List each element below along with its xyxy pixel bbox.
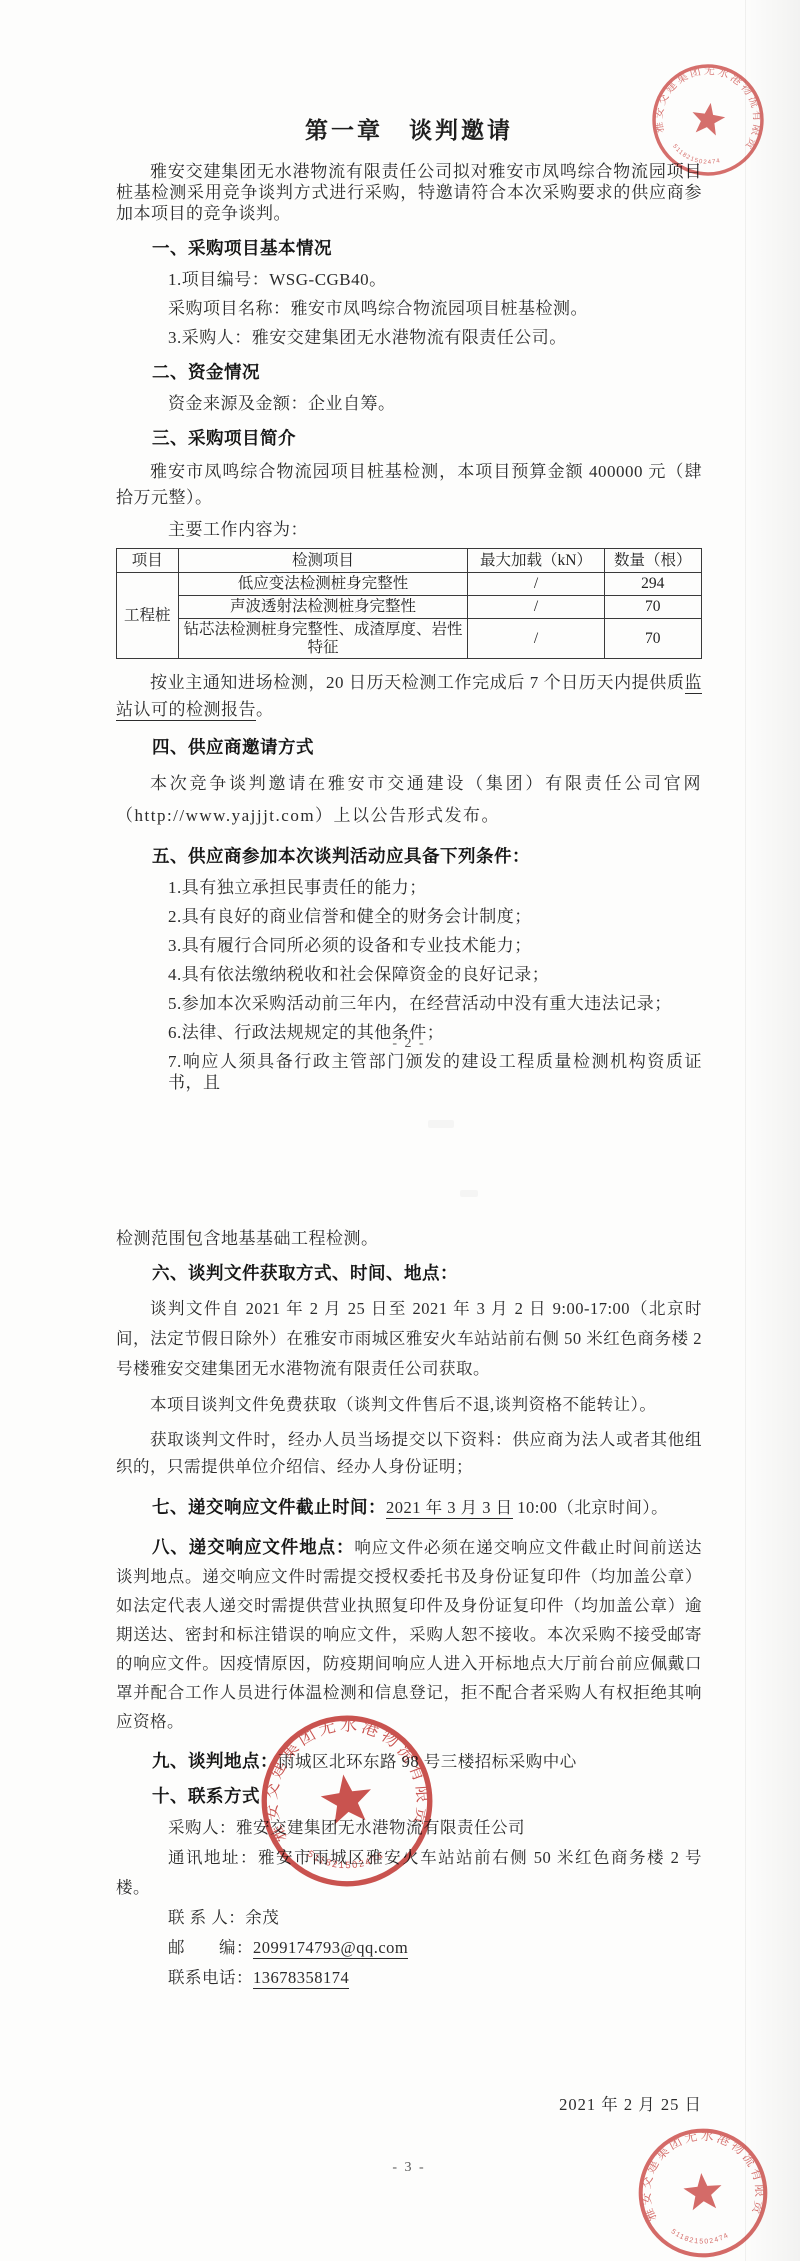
contact-mail-label: 邮 编： bbox=[168, 1938, 253, 1957]
scan-smudge bbox=[428, 1120, 454, 1128]
table-header-item: 项目 bbox=[117, 549, 179, 573]
purchaser-line: 3.采购人：雅安交建集团无水港物流有限责任公司。 bbox=[168, 327, 702, 348]
free-of-charge-paragraph: 本项目谈判文件免费获取（谈判文件售后不退,谈判资格不能转让）。 bbox=[116, 1390, 702, 1420]
schedule-note-paragraph: 按业主通知进场检测，20 日历天检测工作完成后 7 个日历天内提供质监站认可的检… bbox=[116, 669, 702, 723]
submission-place-text: 响应文件必须在递交响应文件截止时间前送达谈判地点。递交响应文件时需提交授权委托书… bbox=[116, 1538, 702, 1731]
contact-buyer-value: 雅安交建集团无水港物流有限责任公司 bbox=[236, 1818, 525, 1837]
funding-line: 资金来源及金额：企业自筹。 bbox=[116, 393, 702, 414]
condition-item: 1.具有独立承担民事责任的能力； bbox=[168, 877, 702, 898]
condition-item: 3.具有履行合同所必须的设备和专业技术能力； bbox=[168, 935, 702, 956]
scanned-document-sheet: 第一章 谈判邀请 雅安交建集团无水港物流有限责任公司拟对雅安市凤鸣综合物流园项目… bbox=[0, 0, 800, 2261]
schedule-note-text: 按业主通知进场检测，20 日历天检测工作完成后 7 个日历天内提供质 bbox=[150, 673, 685, 692]
section-heading-7: 七、递交响应文件截止时间： bbox=[152, 1497, 386, 1517]
project-name-line: 采购项目名称：雅安市凤鸣综合物流园项目桩基检测。 bbox=[168, 298, 702, 319]
submission-place-paragraph: 八、递交响应文件地点：响应文件必须在递交响应文件截止时间前送达谈判地点。递交响应… bbox=[116, 1533, 702, 1736]
contact-buyer-label: 采购人： bbox=[168, 1818, 236, 1837]
table-cell-test: 声波透射法检测桩身完整性 bbox=[178, 596, 468, 619]
condition-item: 4.具有依法缴纳税收和社会保障资金的良好记录； bbox=[168, 964, 702, 985]
contact-phone-line: 联系电话：13678358174 bbox=[168, 1963, 702, 1993]
condition-item-continued: 检测范围包含地基基础工程检测。 bbox=[116, 1228, 702, 1249]
table-cell-qty: 70 bbox=[604, 596, 701, 619]
announcement-paragraph: 本次竞争谈判邀请在雅安市交通建设（集团）有限责任公司官网（http://www.… bbox=[116, 768, 702, 832]
table-cell-load: / bbox=[468, 573, 604, 596]
contact-mail-line: 邮 编：2099174793@qq.com bbox=[168, 1933, 702, 1963]
scan-edge-line bbox=[745, 0, 746, 2261]
intro-paragraph: 雅安交建集团无水港物流有限责任公司拟对雅安市凤鸣综合物流园项目桩基检测采用竞争谈… bbox=[116, 161, 702, 224]
section-heading-4: 四、供应商邀请方式 bbox=[152, 736, 702, 758]
table-header-max-load: 最大加载（kN） bbox=[468, 549, 604, 573]
negotiation-place-paragraph: 九、谈判地点：雨城区北环东路 98 号三楼招标采购中心 bbox=[116, 1746, 702, 1777]
table-header-test: 检测项目 bbox=[178, 549, 468, 573]
contact-phone-label: 联系电话： bbox=[168, 1968, 253, 1987]
table-cell-load: / bbox=[468, 619, 604, 659]
page-2-footer: - 2 - bbox=[116, 1036, 702, 1052]
page-3-footer: - 3 - bbox=[116, 2160, 702, 2176]
work-content-table: 项目 检测项目 最大加载（kN） 数量（根） 工程桩 低应变法检测桩身完整性 /… bbox=[116, 548, 702, 659]
section-heading-2: 二、资金情况 bbox=[152, 361, 702, 383]
table-header-row: 项目 检测项目 最大加载（kN） 数量（根） bbox=[117, 549, 702, 573]
table-cell-qty: 294 bbox=[604, 573, 701, 596]
table-cell-load: / bbox=[468, 596, 604, 619]
table-row: 工程桩 低应变法检测桩身完整性 / 294 bbox=[117, 573, 702, 596]
deadline-time-text: 10:00（北京时间）。 bbox=[513, 1498, 668, 1517]
section-heading-9: 九、谈判地点： bbox=[152, 1751, 278, 1771]
chapter-title: 第一章 谈判邀请 bbox=[116, 112, 702, 145]
contact-address-line: 通讯地址：雅安市雨城区雅安火车站站前右侧 50 米红色商务楼 2 号楼。 bbox=[116, 1843, 702, 1903]
schedule-note-period: 。 bbox=[256, 700, 274, 719]
scan-smudge bbox=[460, 1190, 478, 1197]
document-pickup-paragraph: 谈判文件自 2021 年 2 月 25 日至 2021 年 3 月 2 日 9:… bbox=[116, 1294, 702, 1384]
deadline-date-underlined: 2021 年 3 月 3 日 bbox=[386, 1498, 513, 1519]
contact-buyer-line: 采购人：雅安交建集团无水港物流有限责任公司 bbox=[168, 1813, 702, 1843]
materials-required-paragraph: 获取谈判文件时，经办人员当场提交以下资料：供应商为法人或者其他组织的，只需提供单… bbox=[116, 1426, 702, 1480]
contact-phone-value: 13678358174 bbox=[253, 1968, 349, 1989]
condition-item: 5.参加本次采购活动前三年内，在经营活动中没有重大违法记录； bbox=[168, 993, 702, 1014]
condition-item: 2.具有良好的商业信誉和健全的财务会计制度； bbox=[168, 906, 702, 927]
section-heading-1: 一、采购项目基本情况 bbox=[152, 237, 702, 259]
scan-edge-shadow bbox=[742, 0, 800, 2261]
deadline-paragraph: 七、递交响应文件截止时间：2021 年 3 月 3 日 10:00（北京时间）。 bbox=[116, 1492, 702, 1523]
contact-email-value: 2099174793@qq.com bbox=[253, 1938, 408, 1959]
section-heading-8: 八、递交响应文件地点： bbox=[152, 1537, 354, 1557]
contact-person-value: 余茂 bbox=[245, 1908, 279, 1927]
page-1: 第一章 谈判邀请 雅安交建集团无水港物流有限责任公司拟对雅安市凤鸣综合物流园项目… bbox=[116, 112, 702, 1101]
table-cell-test: 低应变法检测桩身完整性 bbox=[178, 573, 468, 596]
section-heading-3: 三、采购项目简介 bbox=[152, 427, 702, 449]
section-heading-6: 六、谈判文件获取方式、时间、地点： bbox=[152, 1262, 702, 1284]
page-2: 检测范围包含地基基础工程检测。 六、谈判文件获取方式、时间、地点： 谈判文件自 … bbox=[116, 1228, 702, 2115]
condition-item: 7.响应人须具备行政主管部门颁发的建设工程质量检测机构资质证书，且 bbox=[168, 1051, 702, 1093]
contact-address-label: 通讯地址： bbox=[168, 1848, 258, 1867]
project-number-line: 1.项目编号：WSG-CGB40。 bbox=[168, 269, 702, 290]
project-brief-paragraph: 雅安市凤鸣综合物流园项目桩基检测，本项目预算金额 400000 元（肆拾万元整）… bbox=[116, 459, 702, 511]
negotiation-place-text: 雨城区北环东路 98 号三楼招标采购中心 bbox=[278, 1752, 577, 1771]
contact-person-label: 联 系 人： bbox=[168, 1908, 245, 1927]
table-group-cell: 工程桩 bbox=[117, 573, 179, 659]
document-date: 2021 年 2 月 25 日 bbox=[116, 2091, 702, 2115]
table-cell-qty: 70 bbox=[604, 619, 701, 659]
table-header-quantity: 数量（根） bbox=[604, 549, 701, 573]
contact-person-line: 联 系 人：余茂 bbox=[168, 1903, 702, 1933]
work-content-label: 主要工作内容为： bbox=[116, 519, 702, 540]
table-row: 钻芯法检测桩身完整性、成渣厚度、岩性特征 / 70 bbox=[117, 619, 702, 659]
section-heading-10: 十、联系方式 bbox=[152, 1785, 702, 1807]
table-row: 声波透射法检测桩身完整性 / 70 bbox=[117, 596, 702, 619]
section-heading-5: 五、供应商参加本次谈判活动应具备下列条件： bbox=[152, 845, 702, 867]
table-cell-test: 钻芯法检测桩身完整性、成渣厚度、岩性特征 bbox=[178, 619, 468, 659]
